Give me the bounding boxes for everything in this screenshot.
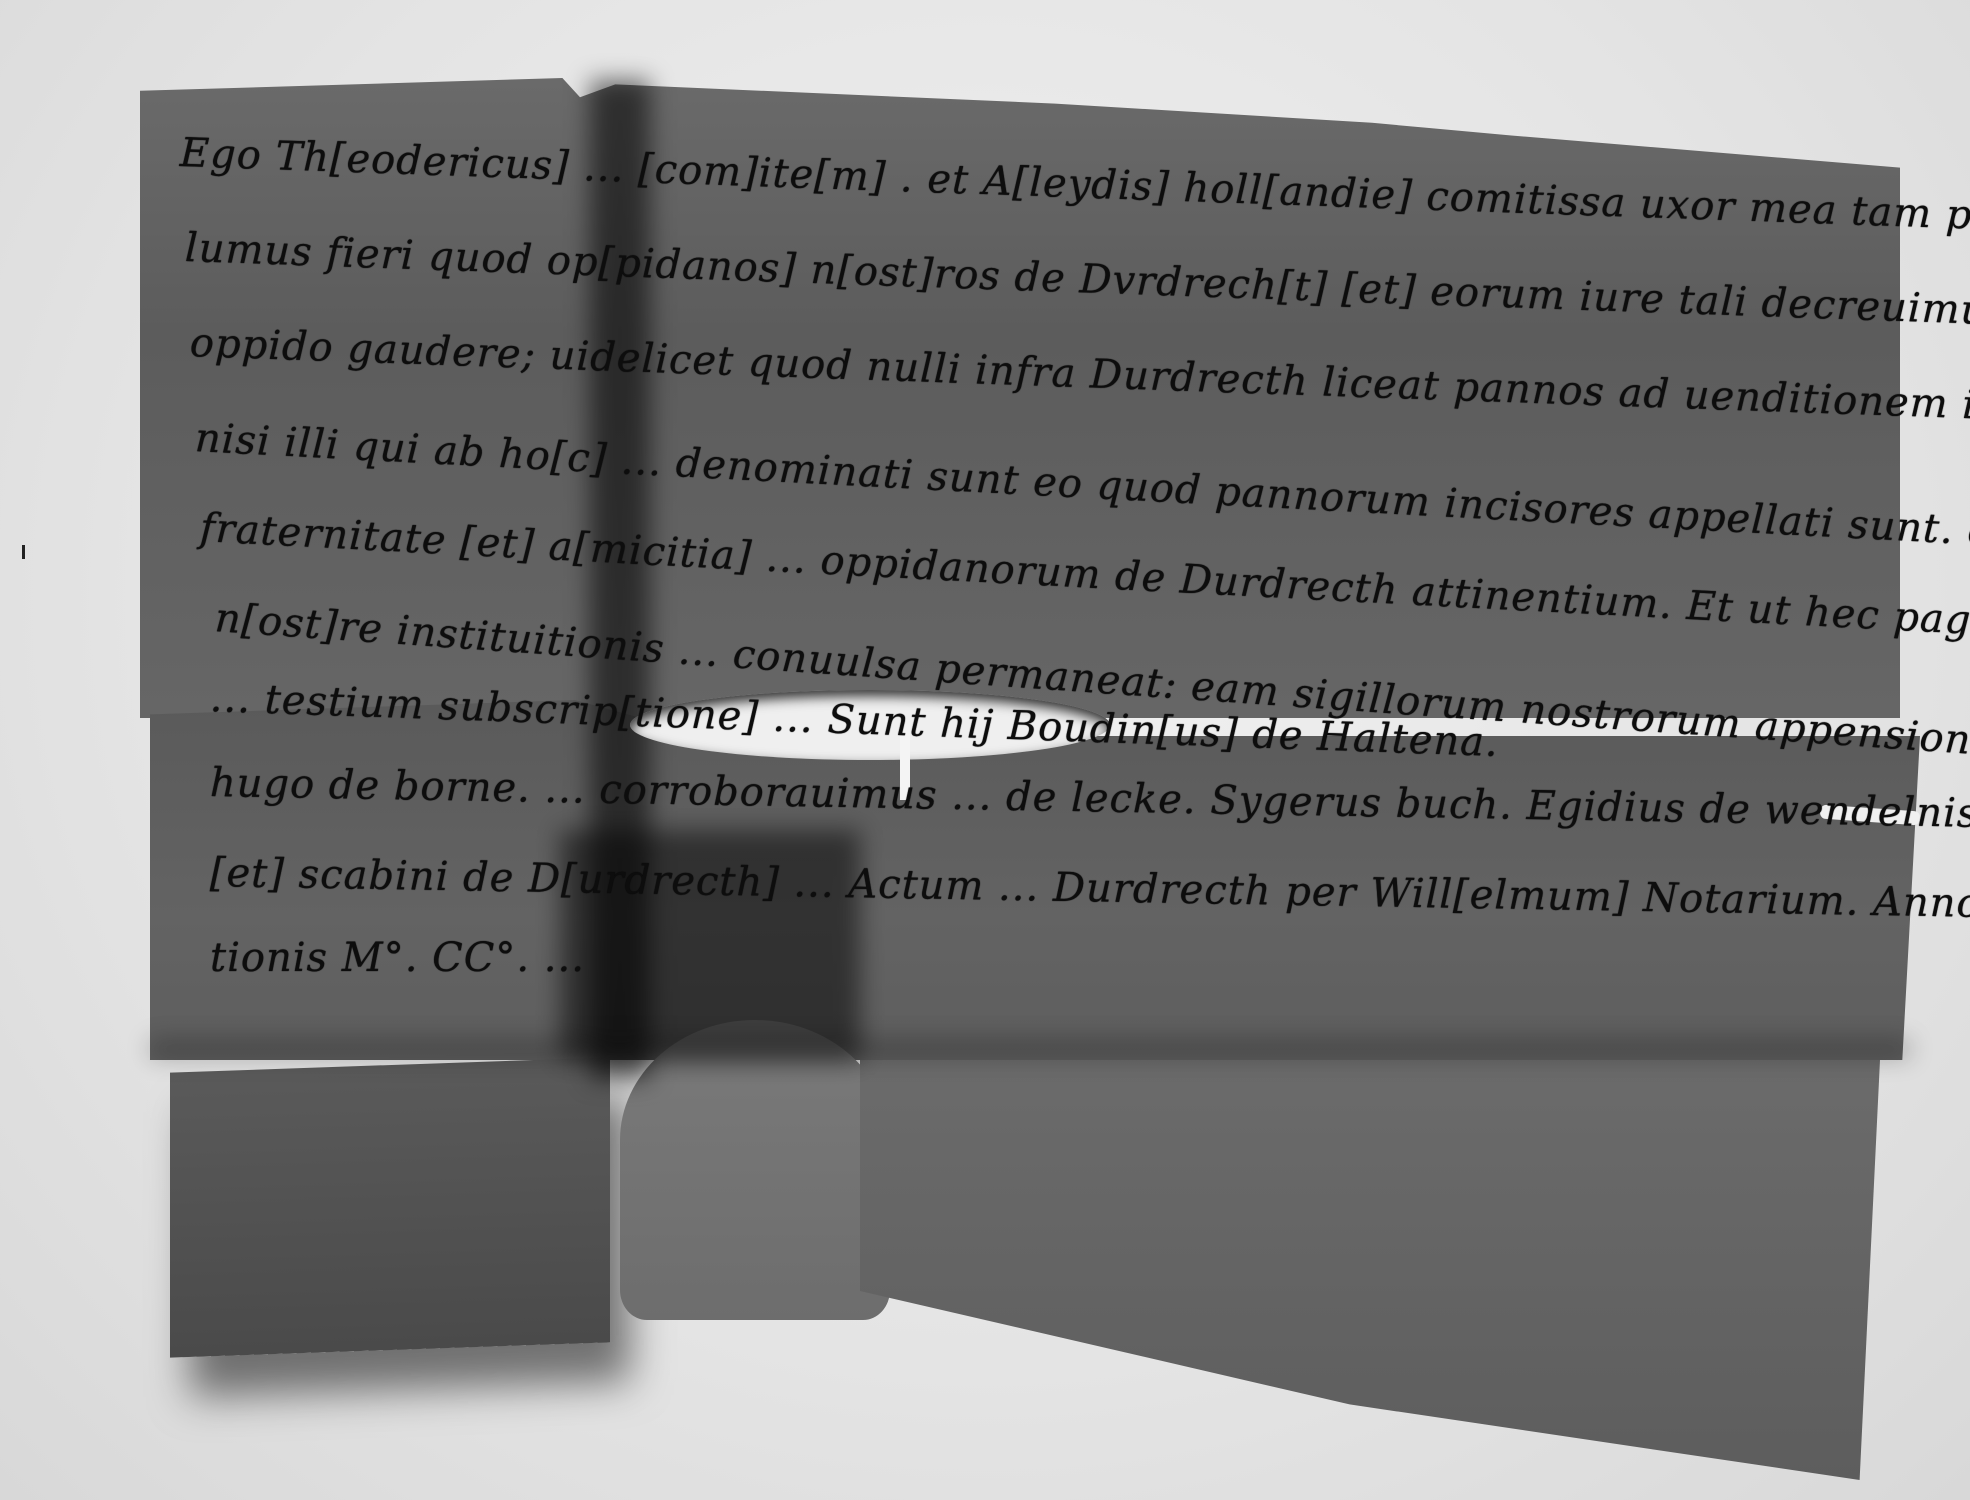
edge-mark: [22, 545, 25, 559]
charter-line: tionis M°. CC°. ...: [210, 935, 585, 981]
horizontal-fold-shadow: [150, 1040, 1910, 1058]
folded-flap-left: [170, 1057, 610, 1357]
folded-flap-center: [620, 1020, 890, 1320]
